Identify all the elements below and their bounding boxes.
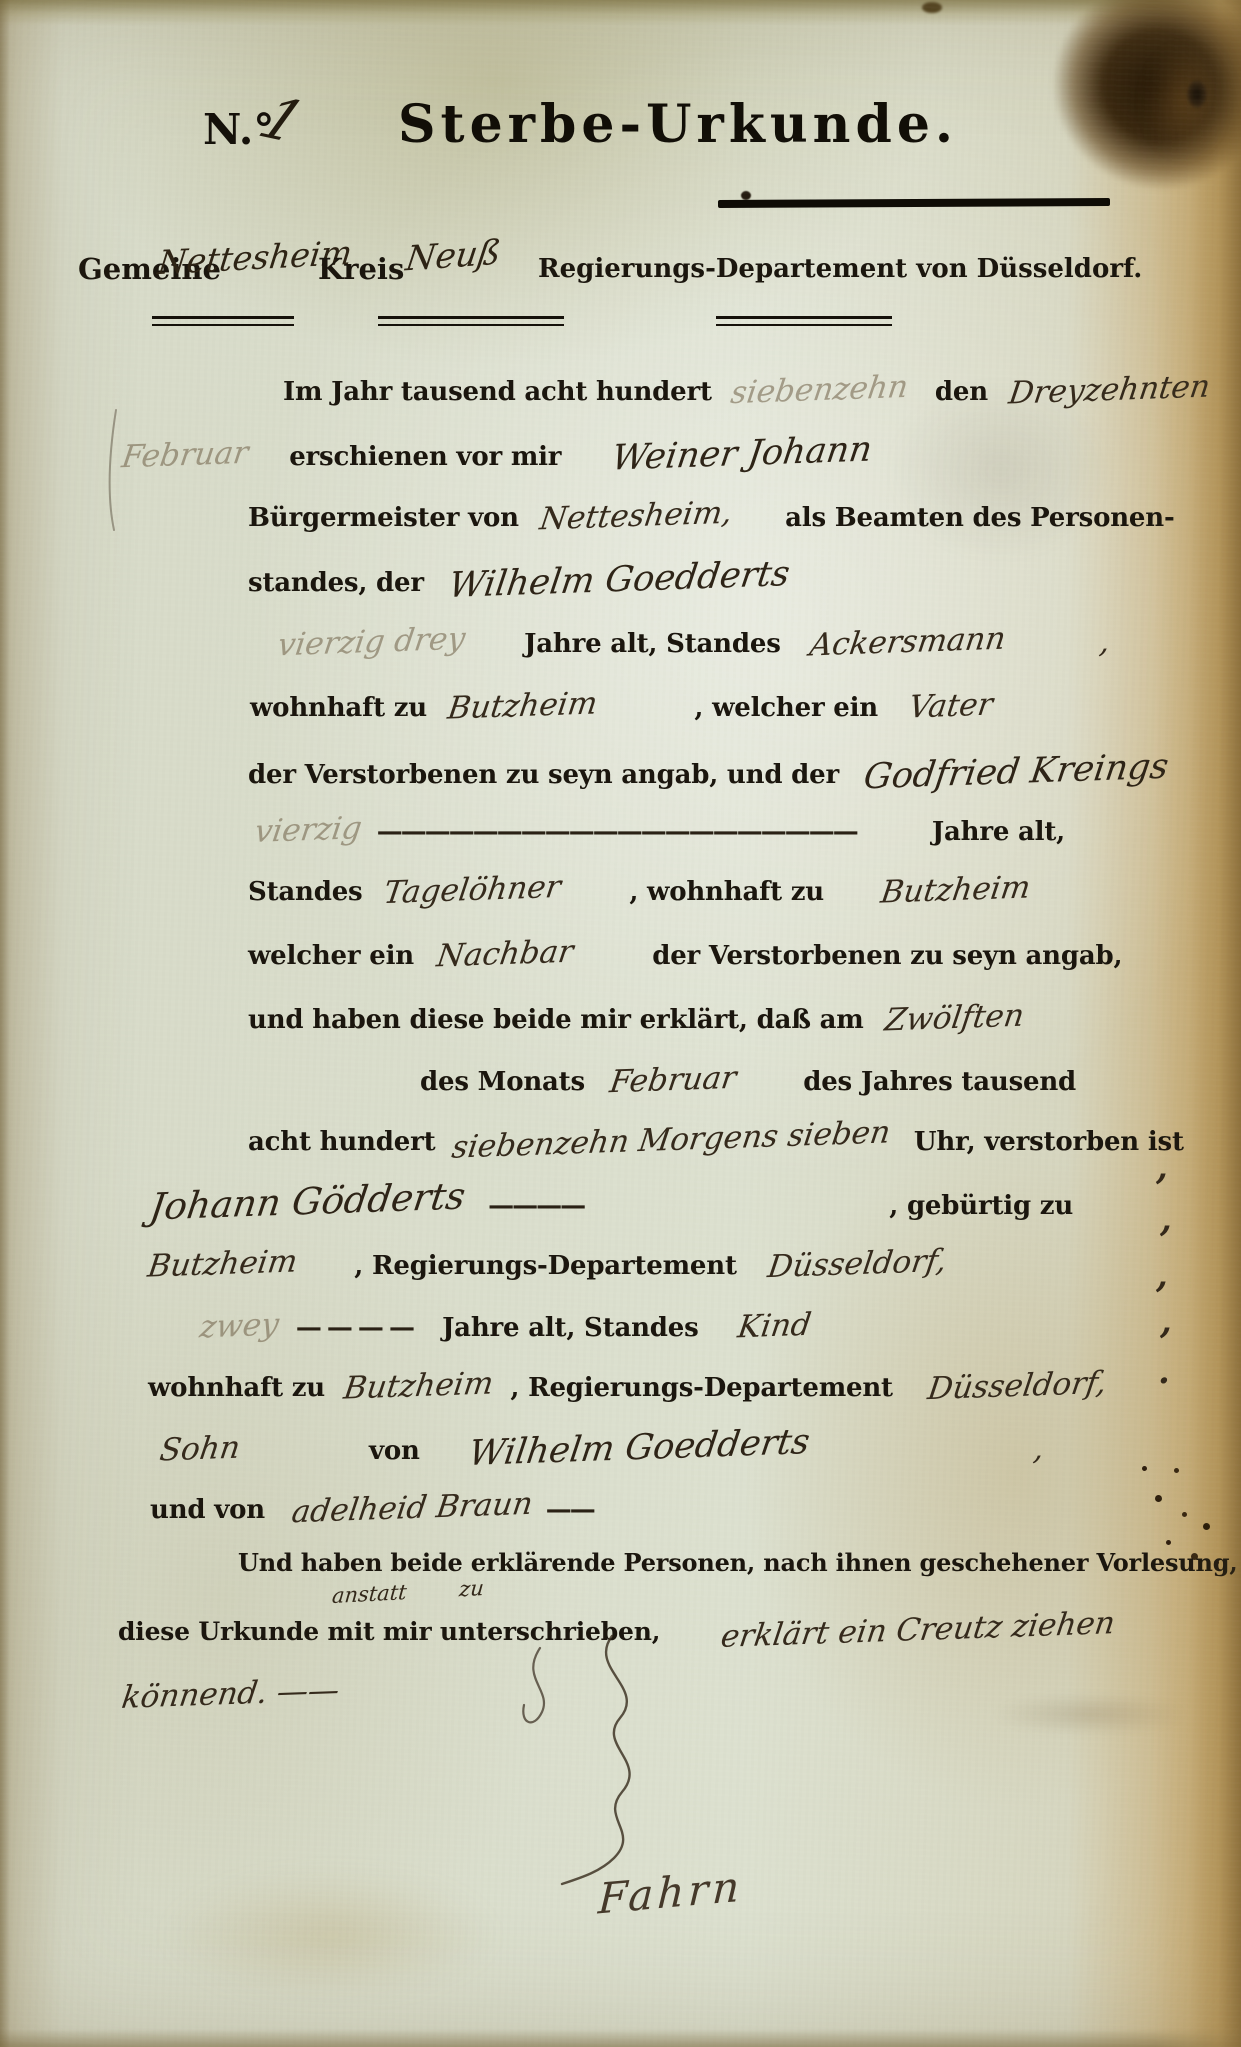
body-line: wohnhaft zu Butzheim , welcher ein Vater	[250, 688, 993, 724]
handwritten-entry: Ackersmann	[807, 620, 1007, 663]
handwritten-entry: Vater	[907, 686, 996, 725]
double-rule	[378, 316, 564, 326]
aged-bottom-edge	[0, 2029, 1241, 2047]
margin-comma: ,	[1156, 1148, 1168, 1188]
handwritten-entry: Wilhelm Goedderts	[446, 554, 792, 606]
double-rule	[716, 316, 892, 326]
handwritten-comma: ,	[1098, 624, 1113, 661]
body-line: standes, der Wilhelm Goedderts	[248, 560, 790, 600]
handwritten-entry: zwey	[197, 1307, 281, 1346]
printed-text: den	[935, 377, 988, 407]
handwritten-entry: Nettesheim,	[537, 495, 734, 538]
printed-text: , Regierungs-Departement	[510, 1373, 893, 1403]
body-line: vierzig ———————————————————— Jahre alt,	[255, 812, 1065, 848]
printed-text: Uhr, verstorben ist	[914, 1127, 1184, 1157]
margin-comma: ,	[1160, 1302, 1172, 1342]
printed-text: der Verstorbenen zu seyn angab, und der	[248, 760, 839, 790]
handwritten-entry: Kind	[735, 1307, 813, 1346]
handwritten-entry: Zwölften	[882, 997, 1026, 1038]
handwritten-entry: könnend. ——	[120, 1672, 342, 1716]
handwritten-entry: Sohn	[157, 1430, 242, 1469]
margin-comma: ,	[1156, 1256, 1168, 1296]
handwritten-entry: Butzheim	[146, 1243, 300, 1284]
printed-text: als Beamten des Personen-	[785, 503, 1174, 533]
body-line: der Verstorbenen zu seyn angab, und der …	[248, 752, 1168, 792]
title-rule	[718, 198, 1110, 208]
departement-label: Regierungs-Departement von Düsseldorf.	[538, 254, 1142, 284]
handwritten-entry: Butzheim	[342, 1365, 496, 1406]
handwritten-entry: Tagelöhner	[381, 869, 563, 911]
ink-spatter	[1142, 1466, 1147, 1471]
kreis-label: Kreis	[318, 252, 404, 286]
printed-text: Jahre alt,	[932, 817, 1065, 847]
ink-bleedthrough	[970, 1688, 1210, 1740]
body-line: Butzheim , Regierungs-Departement Düssel…	[148, 1246, 946, 1282]
body-line: wohnhaft zu Butzheim , Regierungs-Depart…	[148, 1368, 1106, 1404]
printed-text: der Verstorbenen zu seyn angab,	[652, 941, 1122, 971]
printed-text: , gebürtig zu	[889, 1191, 1073, 1221]
body-line: und haben diese beide mir erklärt, daß a…	[248, 1000, 1024, 1036]
body-line: und von adelheid Braun ——	[150, 1490, 594, 1526]
handwritten-dash: — — — —	[296, 1313, 413, 1343]
death-certificate-page: N.° 1 Sterbe-Urkunde. Gemeine Nettesheim…	[0, 0, 1241, 2047]
body-line: vierzig drey Jahre alt, Standes Ackersma…	[278, 624, 1110, 660]
handwritten-entry: erklärt ein Creutz ziehen	[719, 1605, 1118, 1655]
handwritten-dash: ——	[546, 1495, 594, 1525]
ink-dot	[922, 2, 942, 13]
handwritten-entry: Butzheim	[879, 869, 1033, 910]
printed-text: acht hundert	[248, 1127, 435, 1157]
handwritten-comma: ,	[1032, 1431, 1047, 1468]
body-line: acht hundert siebenzehn Morgens sieben U…	[248, 1122, 1184, 1158]
printed-text: , wohnhaft zu	[629, 877, 824, 907]
body-line: Februar erschienen vor mir Weiner Johann	[122, 434, 872, 474]
body-line: Und haben beide erklärende Personen, nac…	[238, 1548, 1238, 1577]
handwritten-entry: vierzig drey	[276, 621, 468, 664]
handwritten-entry: siebenzehn Morgens sieben	[450, 1114, 893, 1165]
handwritten-entry: Butzheim	[446, 685, 600, 726]
handwritten-dash: ————————————————————	[377, 817, 857, 847]
body-line: Bürgermeister von Nettesheim, als Beamte…	[248, 498, 1175, 534]
handwritten-entry: Weiner Johann	[610, 429, 875, 478]
handwritten-insertion: anstatt zu	[331, 1576, 485, 1608]
body-line: welcher ein Nachbar der Verstorbenen zu …	[248, 936, 1122, 972]
printed-text: Im Jahr tausend acht hundert	[283, 377, 712, 407]
printed-text: standes, der	[248, 568, 424, 598]
body-line: des Monats Februar des Jahres tausend	[420, 1062, 1076, 1098]
body-line: diese Urkunde mit mir unterschrieben, er…	[118, 1612, 1115, 1648]
printed-text: , welcher ein	[694, 693, 878, 723]
body-line: Im Jahr tausend acht hundert siebenzehn …	[283, 372, 1210, 408]
handwritten-entry: siebenzehn	[728, 369, 910, 411]
paper-stain	[110, 1850, 550, 2020]
handwritten-entry: Johann Gödderts	[147, 1174, 468, 1228]
printed-text: von	[369, 1436, 420, 1466]
handwritten-entry: Februar	[119, 435, 250, 476]
ink-dot	[741, 191, 751, 200]
handwritten-entry: Dreyzehnten	[1007, 368, 1213, 411]
printed-text: , Regierungs-Departement	[354, 1251, 737, 1281]
handwritten-entry: Februar	[608, 1060, 739, 1101]
printed-text: wohnhaft zu	[148, 1373, 325, 1403]
printed-text: Jahre alt, Standes	[524, 629, 780, 659]
handwritten-entry: Düsseldorf,	[925, 1365, 1108, 1407]
margin-comma: ,	[1160, 1200, 1172, 1240]
printed-text: Bürgermeister von	[248, 503, 519, 533]
margin-period: .	[1158, 1352, 1170, 1392]
body-line: könnend. ——	[122, 1676, 339, 1712]
handwritten-entry: Godfried Kreings	[861, 747, 1171, 798]
body-line: zwey — — — — Jahre alt, Standes Kind	[200, 1308, 811, 1344]
printed-text: des Jahres tausend	[803, 1067, 1076, 1097]
handwritten-entry: Nachbar	[435, 934, 576, 975]
printed-text: diese Urkunde mit mir unterschrieben,	[118, 1617, 660, 1646]
handwritten-entry: Düsseldorf,	[765, 1243, 948, 1285]
handwritten-entry: vierzig	[252, 810, 364, 850]
printed-text: Jahre alt, Standes	[442, 1313, 698, 1343]
body-line: Sohn von Wilhelm Goedderts ,	[160, 1428, 1044, 1468]
printed-text: welcher ein	[248, 941, 414, 971]
printed-text: Standes	[248, 877, 363, 907]
handwritten-entry: Wilhelm Goedderts	[466, 1422, 812, 1474]
kreis-entry: Neuß	[403, 232, 503, 279]
double-rule	[152, 316, 294, 326]
document-title: Sterbe-Urkunde.	[398, 94, 958, 155]
handwritten-dash: ————	[488, 1191, 584, 1221]
signature: Fahrn	[597, 1861, 745, 1923]
printed-text: erschienen vor mir	[289, 442, 561, 472]
printed-text: und haben diese beide mir erklärt, daß a…	[248, 1005, 864, 1035]
printed-text: Und haben beide erklärende Personen, nac…	[238, 1548, 1238, 1577]
body-line: Johann Gödderts ———— , gebürtig zu	[150, 1180, 1073, 1223]
aged-right-edge	[1155, 0, 1241, 2047]
aged-left-edge	[0, 0, 10, 2047]
body-line: Standes Tagelöhner , wohnhaft zu Butzhei…	[248, 872, 1030, 908]
printed-text: des Monats	[420, 1067, 585, 1097]
printed-text: wohnhaft zu	[250, 693, 427, 723]
printed-text: und von	[150, 1495, 265, 1525]
handwritten-entry: adelheid Braun	[290, 1486, 535, 1531]
